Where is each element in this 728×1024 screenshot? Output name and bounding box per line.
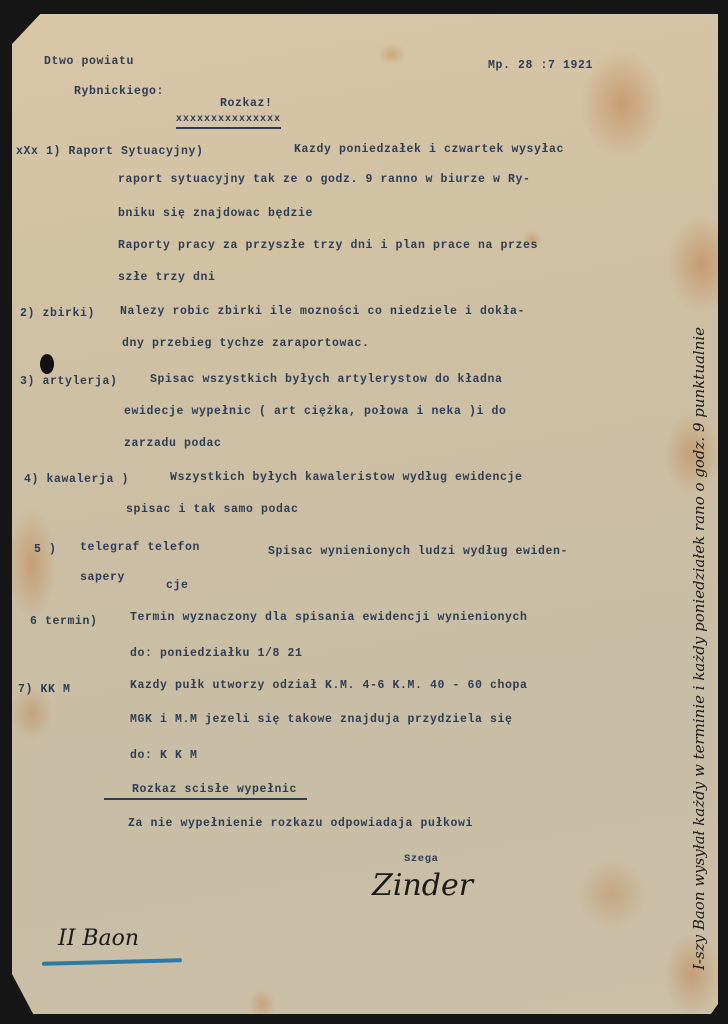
- item-2-line-2: dny przebieg tychze zaraportowac.: [122, 338, 370, 350]
- item-7-line-3: do: K K M: [130, 750, 198, 762]
- item-5-sublabel-1: telegraf telefon: [80, 542, 200, 554]
- ink-blot: [40, 354, 54, 374]
- document-paper: [12, 14, 718, 1014]
- item-1-label: xXx 1) Raport Sytuacyjny): [16, 146, 204, 158]
- item-6-line-1: Termin wyznaczony dla spisania ewidencji…: [130, 612, 528, 624]
- item-5-sublabel-2: sapery: [80, 572, 125, 584]
- item-4-line-1: Wszystkich byłych kawaleristow wydług ew…: [170, 472, 523, 484]
- item-6-line-2: do: poniedziałku 1/8 21: [130, 648, 303, 660]
- item-5-line-2: cje: [166, 580, 189, 592]
- closing-order: Rozkaz scisłe wypełnic: [104, 784, 307, 800]
- closing-note: Za nie wypełnienie rozkazu odpowiadaja p…: [128, 818, 473, 830]
- item-3-line-1: Spisac wszystkich byłych artylerystow do…: [150, 374, 503, 386]
- item-1-line-4: Raporty pracy za przyszłe trzy dni i pla…: [118, 240, 538, 252]
- handwritten-battalion-note: II Baon: [58, 926, 139, 951]
- item-3-label: 3) artylerja): [20, 376, 118, 388]
- header-date: Mp. 28 :7 1921: [488, 60, 593, 72]
- title-rule: xxxxxxxxxxxxxxx: [176, 115, 281, 129]
- item-4-line-2: spisac i tak samo podac: [126, 504, 299, 516]
- item-1-line-5: szłe trzy dni: [118, 272, 216, 284]
- header-district-name: Rybnickiego:: [74, 86, 164, 98]
- handwritten-signature: Zinder: [372, 868, 473, 903]
- item-7-line-2: MGK i M.M jezeli się takowe znajduja prz…: [130, 714, 513, 726]
- item-1-line-3: bniku się znajdowac będzie: [118, 208, 313, 220]
- item-5-line-1: Spisac wynienionych ludzi wydług ewiden-: [268, 546, 568, 558]
- signature-typed-name: Szega: [404, 854, 439, 865]
- document-title: Rozkaz!: [220, 98, 273, 110]
- item-4-label: 4) kawalerja ): [24, 474, 129, 486]
- item-7-label: 7) KK M: [18, 684, 71, 696]
- handwritten-margin-note: I-szy Baon wysyłał każdy w terminie i ka…: [690, 327, 708, 970]
- item-3-line-3: zarzadu podac: [124, 438, 222, 450]
- item-1-line-2: raport sytuacyjny tak ze o godz. 9 ranno…: [118, 174, 531, 186]
- item-6-label: 6 termin): [30, 616, 98, 628]
- item-2-line-1: Nalezy robic zbirki ile mozności co nied…: [120, 306, 525, 318]
- item-7-line-1: Kazdy pułk utworzy odział K.M. 4-6 K.M. …: [130, 680, 528, 692]
- item-3-line-2: ewidecje wypełnic ( art ciężka, połowa i…: [124, 406, 507, 418]
- item-2-label: 2) zbirki): [20, 308, 95, 320]
- item-5-label: 5 ): [34, 544, 57, 556]
- item-1-line-1: Kazdy poniedzałek i czwartek wysyłac: [294, 144, 564, 156]
- header-district: Dtwo powiatu: [44, 56, 134, 68]
